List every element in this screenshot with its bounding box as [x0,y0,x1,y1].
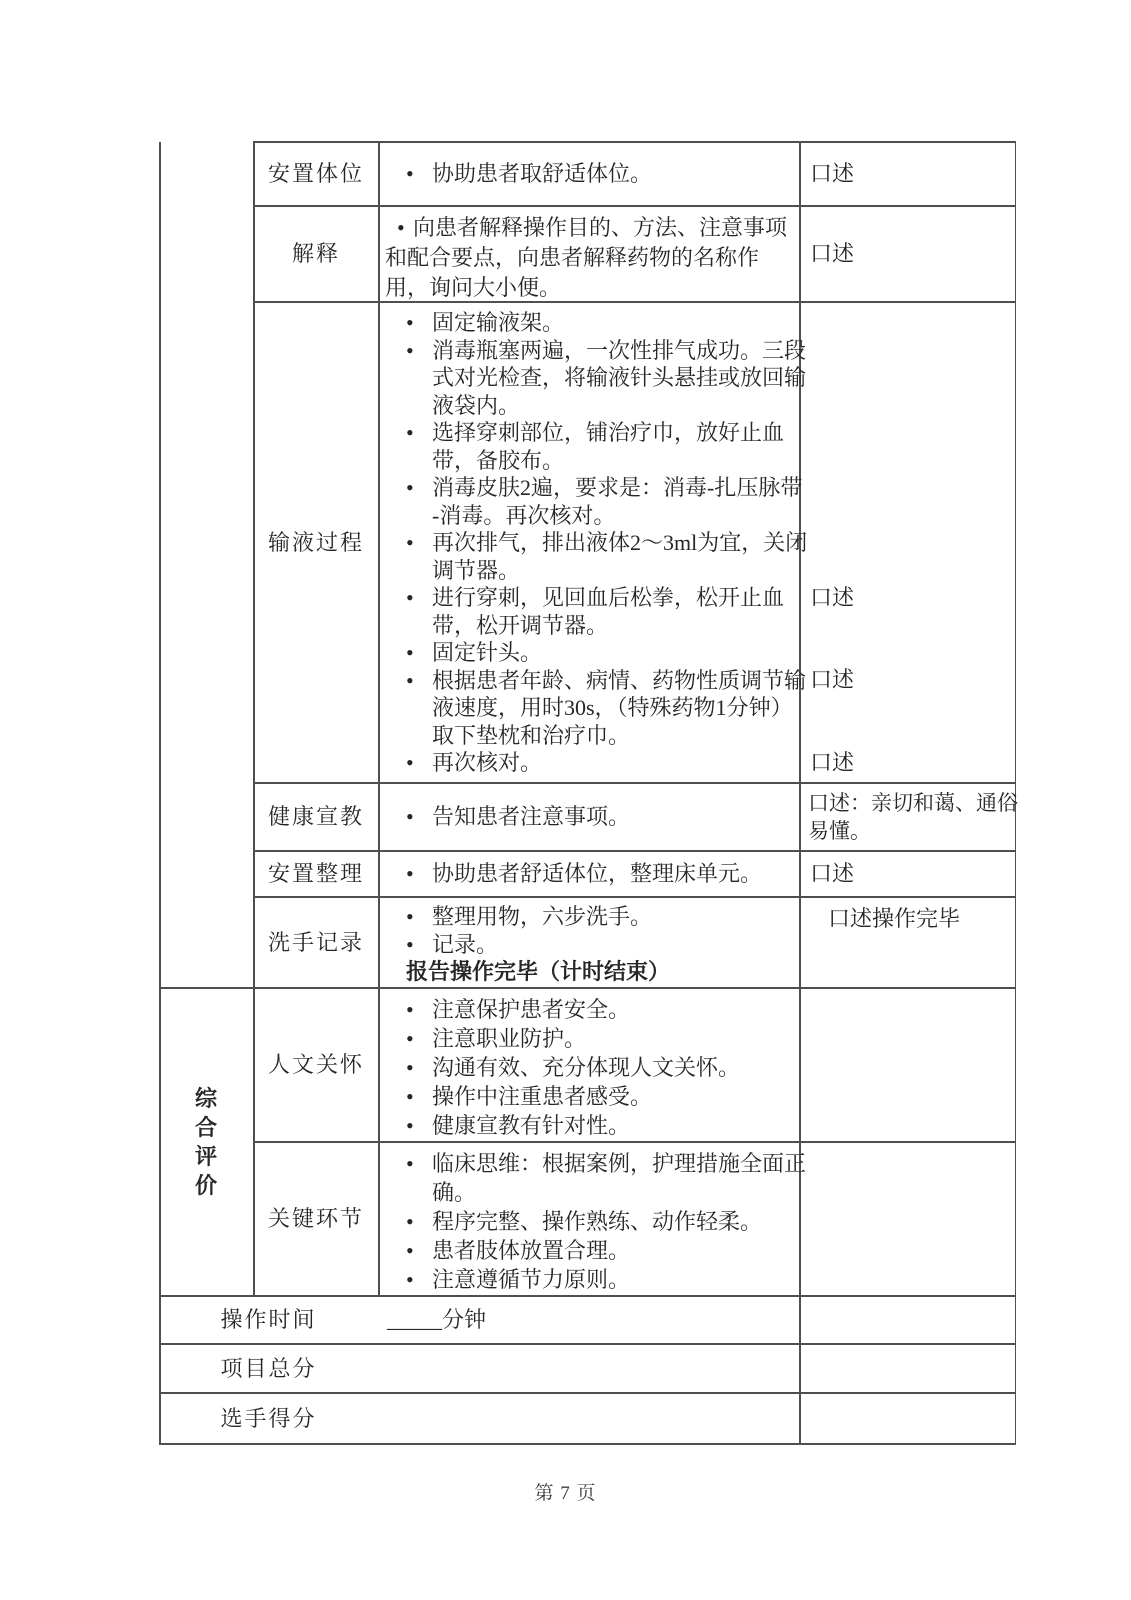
text-line: •向患者解释操作目的、方法、注意事项 [379,213,798,243]
bullet-text: 选择穿刺部位，铺治疗巾，放好止血 [432,420,784,445]
bullet-text: 注意遵循节力原则。 [432,1267,630,1292]
remark-cell-position-patient: 口述 [800,142,1014,205]
bullet-icon: • [406,860,432,887]
text-line: •根据患者年龄、病情、药物性质调节输 [379,667,798,695]
text-line: •操作中注重患者感受。 [379,1082,798,1111]
text-line: •记录。 [379,931,798,959]
bullet-text: 记录。 [432,932,498,957]
content-cell-humanistic-care: •注意保护患者安全。 •注意职业防护。 •沟通有效、充分体现人文关怀。 •操作中… [379,988,798,1141]
bullet-text: 临床思维：根据案例，护理措施全面正 [432,1151,806,1176]
row-label-text: 操作时间 [220,1306,316,1333]
remark-cell-humanistic-care [800,988,1014,1141]
text-line: 带，松开调节器。 [379,612,798,640]
bullet-text: 进行穿刺，见回血后松拳，松开止血 [432,585,784,610]
bullet-icon: • [406,1111,432,1140]
stage-label-text: 人文关怀 [268,1051,364,1078]
bullet-text: 再次核对。 [432,750,542,775]
remark-cell-key-links [800,1142,1014,1295]
remark-cell-health-education: 口述：亲切和蔼、通俗 易懂。 [800,783,1014,850]
remark-text: 口述 [810,240,1014,267]
text-line: 液袋内。 [379,392,798,420]
content-cell-explain: •向患者解释操作目的、方法、注意事项 和配合要点，向患者解释药物的名称作 用，询… [379,206,798,301]
bullet-icon: • [406,1265,432,1294]
stage-label-text: 解释 [292,240,340,267]
bullet-text: 消毒瓶塞两遍，一次性排气成功。三段 [432,338,806,363]
stage-label-text: 洗手记录 [268,929,364,956]
row-label-text: 选手得分 [220,1405,316,1432]
bullet-icon: • [406,1082,432,1111]
bullet-icon: • [406,1024,432,1053]
bullet-text: 协助患者取舒适体位。 [432,161,652,186]
stage-label-key-links: 关键环节 [254,1142,378,1295]
text-line: 带，备胶布。 [379,447,798,475]
assessment-table: 安置体位 •协助患者取舒适体位。 口述 解释 •向患者解释操作目的、方法、注意事… [159,142,1016,1445]
text-line: •注意遵循节力原则。 [379,1265,798,1294]
stage-label-text: 关键环节 [268,1205,364,1232]
remark-text: 口述 [810,666,854,693]
bullet-icon: • [406,160,432,187]
border-bottom [159,1443,1016,1445]
stage-label-infusion-process: 输液过程 [254,302,378,782]
bullet-text: 操作中注重患者感受。 [432,1084,652,1109]
text-line: •沟通有效、充分体现人文关怀。 [379,1053,798,1082]
stage-label-text: 输液过程 [268,529,364,556]
text-line: •消毒皮肤2遍，要求是：消毒-扎压脉带 [379,474,798,502]
stage-label-text: 健康宣教 [268,803,364,830]
content-cell-player-score [379,1393,798,1443]
text-line: •协助患者取舒适体位。 [379,160,798,187]
bullet-icon: • [406,639,432,667]
bullet-icon: • [406,903,432,931]
remark-text: 易懂。 [808,817,1014,845]
remark-cell-project-total-score [800,1344,1014,1392]
text-line: 用，询问大小便。 [379,273,798,303]
text-line: •程序完整、操作熟练、动作轻柔。 [379,1207,798,1236]
bullet-icon: • [406,1149,432,1178]
row-label-project-total-score: 项目总分 [159,1344,378,1392]
remark-cell-settle-tidy: 口述 [800,851,1014,896]
stage-label-health-education: 健康宣教 [254,783,378,850]
bullet-icon: • [406,309,432,337]
remark-cell-handwash-record: 口述操作完毕 [800,897,1014,987]
bullet-icon: • [406,419,432,447]
content-cell-position-patient: •协助患者取舒适体位。 [379,142,798,205]
content-cell-health-education: •告知患者注意事项。 [379,783,798,850]
bullet-text: 协助患者舒适体位，整理床单元。 [432,861,762,886]
remark-text: 口述：亲切和蔼、通俗 [808,789,1014,817]
remark-cell-player-score [800,1393,1014,1443]
page-number: 第 7 页 [0,1478,1131,1505]
text-line: 取下垫枕和治疗巾。 [379,722,798,750]
bullet-text: 健康宣教有针对性。 [432,1113,630,1138]
text-line: •进行穿刺，见回血后松拳，松开止血 [379,584,798,612]
text-line: •告知患者注意事项。 [379,803,798,830]
content-cell-project-total-score [379,1344,798,1392]
stage-label-humanistic-care: 人文关怀 [254,988,378,1141]
group-label-comprehensive-evaluation: 综合评价 [159,988,253,1295]
bullet-icon: • [406,529,432,557]
fill-in-blank-minutes: _____分钟 [387,1306,798,1333]
content-cell-handwash-record: •整理用物，六步洗手。 •记录。 报告操作完毕（计时结束） [379,897,798,987]
remark-cell-explain: 口述 [800,206,1014,301]
bullet-icon: • [406,749,432,777]
text-line: 液速度，用时30s，（特殊药物1分钟） [379,694,798,722]
remark-text: 口述 [810,584,854,611]
bullet-icon: • [406,803,432,830]
remark-text: 口述操作完毕 [828,905,1014,932]
stage-label-handwash-record: 洗手记录 [254,897,378,987]
bullet-icon: • [406,584,432,612]
text-line: •整理用物，六步洗手。 [379,903,798,931]
text-line: -消毒。再次核对。 [379,502,798,530]
bullet-text: 固定输液架。 [432,310,564,335]
bullet-text: 注意保护患者安全。 [432,997,630,1022]
merged-cell-previous-section [159,142,253,987]
text-line: •注意保护患者安全。 [379,995,798,1024]
bullet-text: 固定针头。 [432,640,542,665]
text-line: •协助患者舒适体位，整理床单元。 [379,860,798,887]
stage-label-text: 安置体位 [268,160,364,187]
bullet-text: 沟通有效、充分体现人文关怀。 [432,1055,740,1080]
bullet-icon: • [406,995,432,1024]
bullet-icon: • [406,337,432,365]
bullet-icon: • [406,1053,432,1082]
text-line: •临床思维：根据案例，护理措施全面正 [379,1149,798,1178]
text-line: •患者肢体放置合理。 [379,1236,798,1265]
remark-text: 口述 [810,160,1014,187]
remark-text: 口述 [810,860,1014,887]
bullet-icon: • [406,1207,432,1236]
stage-label-explain: 解释 [254,206,378,301]
bullet-text: 根据患者年龄、病情、药物性质调节输 [432,668,806,693]
bullet-text: 患者肢体放置合理。 [432,1238,630,1263]
bullet-text: 程序完整、操作熟练、动作轻柔。 [432,1209,762,1234]
bullet-text: 向患者解释操作目的、方法、注意事项 [413,215,787,240]
text-line: •再次核对。 [379,749,798,777]
row-label-text: 项目总分 [220,1355,316,1382]
stage-label-position-patient: 安置体位 [254,142,378,205]
bullet-icon: • [406,931,432,959]
text-line: •注意职业防护。 [379,1024,798,1053]
text-line: 式对光检查，将输液针头悬挂或放回输 [379,364,798,392]
stage-label-text: 安置整理 [268,860,364,887]
text-line: •选择穿刺部位，铺治疗巾，放好止血 [379,419,798,447]
bullet-icon: • [406,474,432,502]
bullet-icon: • [406,667,432,695]
bullet-text: 再次排气，排出液体2～3ml为宜，关闭 [432,530,807,555]
content-cell-settle-tidy: •协助患者舒适体位，整理床单元。 [379,851,798,896]
row-label-operation-time: 操作时间 [159,1296,378,1343]
bullet-icon: • [406,1236,432,1265]
stage-label-settle-tidy: 安置整理 [254,851,378,896]
group-label-text: 综合评价 [192,1084,220,1200]
bullet-icon: • [397,213,413,243]
text-line: 和配合要点，向患者解释药物的名称作 [379,243,798,273]
remark-cell-operation-time [800,1296,1014,1343]
text-line: •固定针头。 [379,639,798,667]
bullet-text: 注意职业防护。 [432,1026,586,1051]
bold-note: 报告操作完毕（计时结束） [379,958,798,986]
text-line: •再次排气，排出液体2～3ml为宜，关闭 [379,529,798,557]
text-line: 确。 [379,1178,798,1207]
document-page: 安置体位 •协助患者取舒适体位。 口述 解释 •向患者解释操作目的、方法、注意事… [0,0,1131,1600]
bullet-text: 消毒皮肤2遍，要求是：消毒-扎压脉带 [432,475,802,500]
remark-cell-infusion-process: 口述 口述 口述 [800,302,1014,782]
bullet-text: 告知患者注意事项。 [432,804,630,829]
remark-text: 口述 [810,749,854,776]
content-cell-operation-time: _____分钟 [379,1296,798,1343]
text-line: •健康宣教有针对性。 [379,1111,798,1140]
content-cell-key-links: •临床思维：根据案例，护理措施全面正 确。 •程序完整、操作熟练、动作轻柔。 •… [379,1142,798,1295]
text-line: •固定输液架。 [379,309,798,337]
row-label-player-score: 选手得分 [159,1393,378,1443]
bullet-text: 整理用物，六步洗手。 [432,904,652,929]
text-line: •消毒瓶塞两遍，一次性排气成功。三段 [379,337,798,365]
text-line: 调节器。 [379,557,798,585]
content-cell-infusion-process: •固定输液架。 •消毒瓶塞两遍，一次性排气成功。三段 式对光检查，将输液针头悬挂… [379,302,798,782]
